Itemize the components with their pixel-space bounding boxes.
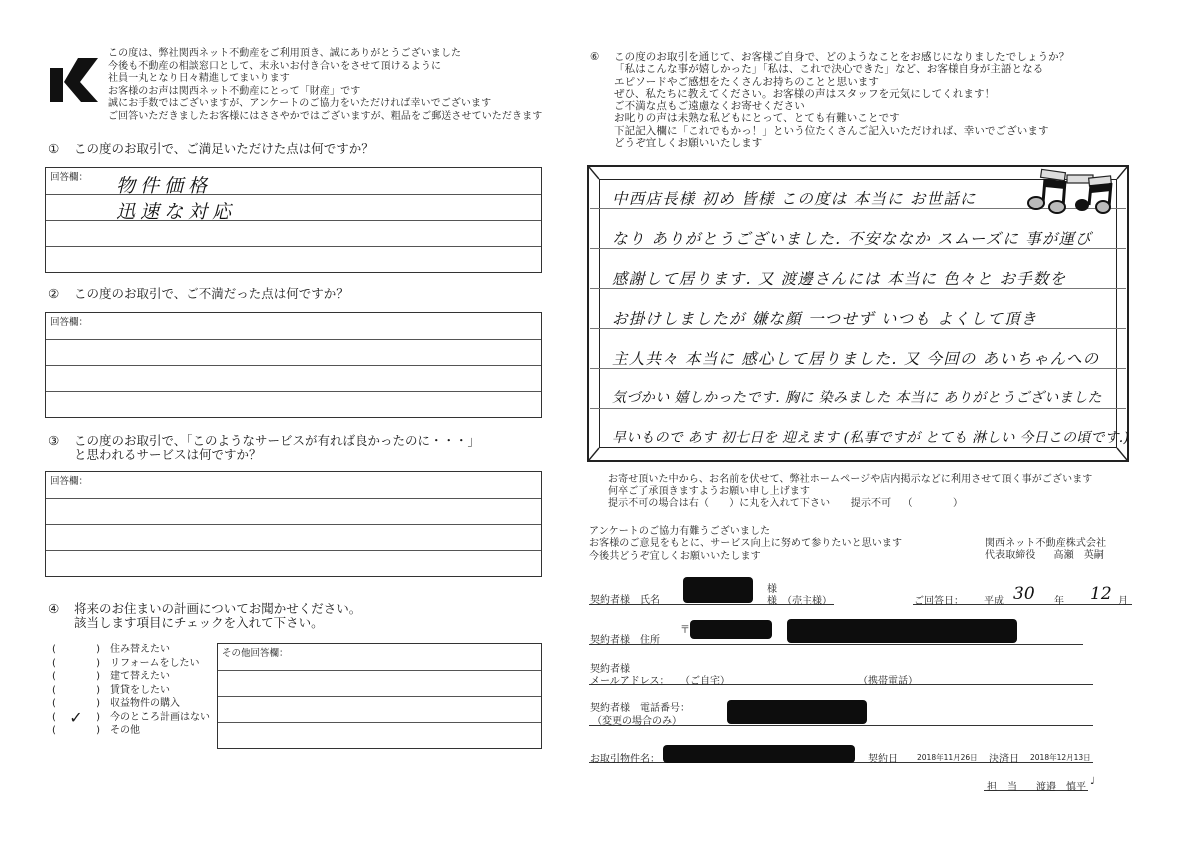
answer-box-q3[interactable]: 回答欄： <box>45 471 542 577</box>
company-signature: 関西ネット不動産株式会社 代表取締役高瀬 英嗣 <box>985 538 1106 563</box>
checkbox[interactable]: () <box>52 657 110 671</box>
checklist-label: 収益物件の購入 <box>110 697 180 711</box>
redacted-postal-code <box>690 620 772 639</box>
redacted-property-name <box>663 745 855 763</box>
feedback-line: 主人共々 本当に 感心して居りました. 又 今回の あいちゃんへの <box>612 347 1099 369</box>
redacted-name <box>683 577 753 603</box>
checklist-label: 賃貸をしたい <box>110 684 170 698</box>
feedback-line: 中西店長様 初め 皆様 この度は 本当に お世話に <box>612 187 977 209</box>
checkbox[interactable]: () <box>52 643 110 657</box>
answer-box-q2[interactable]: 回答欄： <box>45 312 542 418</box>
frame-inner: 中西店長様 初め 皆様 この度は 本当に お世話に なり ありがとうございました… <box>599 179 1117 448</box>
checklist-item[interactable]: ()賃貸をしたい <box>52 684 210 698</box>
feedback-line: 早いもので あす 初七日を 迎えます (私事ですが とても 淋しい 今日この頃で… <box>612 427 1129 447</box>
handwritten-answer: 物件価格 <box>116 171 212 198</box>
checklist-label: 住み替えたい <box>110 643 170 657</box>
checklist-label: リフォームをしたい <box>110 657 200 671</box>
question-4: ④将来のお住まいの計画についてお聞かせください。 該当します項目にチェックを入れ… <box>48 602 361 630</box>
checkbox[interactable]: () <box>52 670 110 684</box>
check-mark-icon: ✓ <box>69 711 82 725</box>
checklist-item[interactable]: ()住み替えたい <box>52 643 210 657</box>
publish-notice: お寄せ頂いた中から、お名前を伏せて、弊社ホームページや店内掲示などに利用させて頂… <box>608 474 1092 511</box>
checklist-item[interactable]: ()その他 <box>52 724 210 738</box>
checklist-item[interactable]: ()リフォームをしたい <box>52 657 210 671</box>
checklist-label: 建て替えたい <box>110 670 170 684</box>
music-notes-icon <box>1027 167 1117 215</box>
thanks-message: アンケートのご協力有難うございました お客様のご意見をもとに、サービス向上に努め… <box>589 526 902 563</box>
handwritten-answer: 迅速な対応 <box>116 197 236 224</box>
question-6: ⑥この度のお取引を通じて、お客様ご自身で、どのようなことをお感じになりましたでし… <box>590 51 1069 149</box>
question-2: ②この度のお取引で、ご不満だった点は何ですか？ <box>48 287 349 301</box>
checkbox[interactable]: (✓) <box>52 711 110 725</box>
answer-year[interactable]: 30 <box>1013 584 1035 604</box>
feedback-line: 感謝して居ります. 又 渡邊さんには 本当に 色々と お手数を <box>612 267 1066 289</box>
feedback-line: お掛けしましたが 嫌な顔 一つせず いつも よくして頂き <box>612 307 1037 329</box>
no-publish-checkbox[interactable]: （ ） <box>894 498 963 509</box>
checklist-label: 今のところ計画はない <box>110 711 210 725</box>
redacted-phone <box>727 700 867 724</box>
question-3: ③この度のお取引で、「このようなサービスが有れば良かったのに・・・」 と思われる… <box>48 434 480 462</box>
redacted-address <box>787 619 1017 643</box>
question-1: ①この度のお取引で、ご満足いただけた点は何ですか？ <box>48 142 374 156</box>
checklist-label: その他 <box>110 724 140 738</box>
company-k-logo-icon <box>50 56 98 102</box>
answer-box-q1[interactable]: 回答欄： 物件価格 迅速な対応 <box>45 167 542 273</box>
intro-text: この度は、弊社関西ネット不動産をご利用頂き、誠にありがとうございました 今後も不… <box>108 48 542 123</box>
checkbox[interactable]: () <box>52 684 110 698</box>
feedback-line: 気づかい 嬉しかったです. 胸に 染みました 本当に ありがとうございました <box>612 387 1102 407</box>
other-answer-box[interactable]: その他回答欄： <box>217 643 542 749</box>
feedback-line: なり ありがとうございました. 不安ななか スムーズに 事が運び <box>612 227 1092 249</box>
checklist-item[interactable]: (✓)今のところ計画はない <box>52 711 210 725</box>
feedback-answer-frame[interactable]: 中西店長様 初め 皆様 この度は 本当に お世話に なり ありがとうございました… <box>587 165 1129 462</box>
plan-checklist: ()住み替えたい()リフォームをしたい()建て替えたい()賃貸をしたい()収益物… <box>52 643 210 738</box>
checklist-item[interactable]: ()建て替えたい <box>52 670 210 684</box>
answer-month[interactable]: 12 <box>1090 584 1112 604</box>
checkbox[interactable]: () <box>52 724 110 738</box>
note-mark-icon: ♩ <box>1090 776 1095 787</box>
